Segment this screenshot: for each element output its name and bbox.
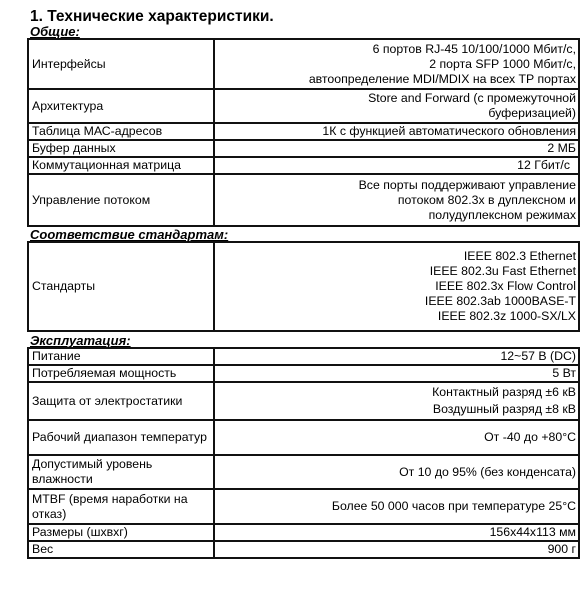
spec-value-line: От -40 до +80°С	[218, 430, 576, 445]
spec-value-line: потоком 802.3х в дуплексном и	[218, 193, 576, 208]
spec-value: 6 портов RJ-45 10/100/1000 Мбит/с, 2 пор…	[214, 39, 579, 89]
spec-key: Защита от электростатики	[28, 382, 214, 420]
spec-key: Питание	[28, 348, 214, 365]
spec-value-line: 12~57 В (DC)	[218, 349, 576, 364]
spec-value: 12 Гбит/с	[214, 157, 579, 174]
spec-value: 1К с функцией автоматического обновления	[214, 123, 579, 140]
table-row: Размеры (шхвхг) 156х44х113 мм	[28, 524, 579, 541]
spec-key: Интерфейсы	[28, 39, 214, 89]
table-row: Потребляемая мощность 5 Вт	[28, 365, 579, 382]
table-row: Управление потоком Все порты поддерживаю…	[28, 174, 579, 226]
spec-value: 156х44х113 мм	[214, 524, 579, 541]
table-row: Питание 12~57 В (DC)	[28, 348, 579, 365]
spec-value: Более 50 000 часов при температуре 25°С	[214, 489, 579, 524]
spec-value-line: От 10 до 95% (без конденсата)	[218, 465, 576, 480]
spec-document: 1. Технические характеристики. Общие: Ин…	[27, 8, 578, 559]
spec-value: 900 г	[214, 541, 579, 558]
spec-table-operation: Питание 12~57 В (DC) Потребляемая мощнос…	[27, 347, 580, 559]
spec-value-line: IEEE 802.3x Flow Control	[218, 279, 576, 294]
spec-value: 5 Вт	[214, 365, 579, 382]
spec-value-line: 156х44х113 мм	[218, 525, 576, 540]
spec-value-line: Контактный разряд ±6 кВ	[218, 384, 576, 401]
table-row: Коммутационная матрица 12 Гбит/с	[28, 157, 579, 174]
spec-value: 12~57 В (DC)	[214, 348, 579, 365]
spec-table-standards: Стандарты IEEE 802.3 Ethernet IEEE 802.3…	[27, 241, 580, 332]
spec-value-line: 2 МБ	[218, 141, 576, 156]
spec-value-line: IEEE 802.3 Ethernet	[218, 249, 576, 264]
spec-key: Размеры (шхвхг)	[28, 524, 214, 541]
spec-value-line: 6 портов RJ-45 10/100/1000 Мбит/с,	[218, 42, 576, 57]
table-row: Архитектура Store and Forward (с промежу…	[28, 89, 579, 123]
table-row: Стандарты IEEE 802.3 Ethernet IEEE 802.3…	[28, 242, 579, 331]
spec-value: IEEE 802.3 Ethernet IEEE 802.3u Fast Eth…	[214, 242, 579, 331]
spec-key: Коммутационная матрица	[28, 157, 214, 174]
section-title-operation: Эксплуатация:	[30, 334, 578, 347]
spec-value-line: Store and Forward (с промежуточной	[218, 91, 576, 106]
spec-value: Контактный разряд ±6 кВ Воздушный разряд…	[214, 382, 579, 420]
table-row: Таблица МАС-адресов 1К с функцией автома…	[28, 123, 579, 140]
spec-value-line: автоопределение MDI/MDIX на всех TP порт…	[218, 72, 576, 87]
spec-key: Допустимый уровень влажности	[28, 455, 214, 489]
table-row: Буфер данных 2 МБ	[28, 140, 579, 157]
spec-value-line: 2 порта SFP 1000 Мбит/с,	[218, 57, 576, 72]
spec-value-line: полудуплексном режимах	[218, 208, 576, 223]
spec-key: Управление потоком	[28, 174, 214, 226]
spec-key: Вес	[28, 541, 214, 558]
spec-key: Архитектура	[28, 89, 214, 123]
spec-key: Таблица МАС-адресов	[28, 123, 214, 140]
spec-value-line: Все порты поддерживают управление	[218, 178, 576, 193]
spec-value-line: 5 Вт	[218, 366, 576, 381]
spec-key: Стандарты	[28, 242, 214, 331]
spec-value: От 10 до 95% (без конденсата)	[214, 455, 579, 489]
spec-value-line: 12 Гбит/с	[218, 158, 570, 173]
document-title: 1. Технические характеристики.	[30, 8, 578, 25]
table-row: MTBF (время наработки на отказ) Более 50…	[28, 489, 579, 524]
table-row: Интерфейсы 6 портов RJ-45 10/100/1000 Мб…	[28, 39, 579, 89]
spec-value-line: 1К с функцией автоматического обновления	[218, 124, 576, 139]
spec-value: Store and Forward (с промежуточной буфер…	[214, 89, 579, 123]
table-row: Вес 900 г	[28, 541, 579, 558]
spec-value-line: 900 г	[218, 542, 576, 557]
spec-value-line: IEEE 802.3ab 1000BASE-T	[218, 294, 576, 309]
section-title-standards: Соответствие стандартам:	[30, 228, 578, 241]
table-row: Рабочий диапазон температур От -40 до +8…	[28, 420, 579, 455]
spec-key: Потребляемая мощность	[28, 365, 214, 382]
spec-value-line: буферизацией)	[218, 106, 576, 121]
spec-key: MTBF (время наработки на отказ)	[28, 489, 214, 524]
section-title-general: Общие:	[30, 25, 578, 38]
spec-value-line: IEEE 802.3u Fast Ethernet	[218, 264, 576, 279]
spec-value-line: IEEE 802.3z 1000-SX/LX	[218, 309, 576, 324]
spec-value-line: Более 50 000 часов при температуре 25°С	[218, 499, 576, 514]
table-row: Защита от электростатики Контактный разр…	[28, 382, 579, 420]
spec-value: Все порты поддерживают управление потоко…	[214, 174, 579, 226]
spec-value-line: Воздушный разряд ±8 кВ	[218, 401, 576, 418]
table-row: Допустимый уровень влажности От 10 до 95…	[28, 455, 579, 489]
spec-key: Буфер данных	[28, 140, 214, 157]
spec-value: От -40 до +80°С	[214, 420, 579, 455]
spec-table-general: Интерфейсы 6 портов RJ-45 10/100/1000 Мб…	[27, 38, 580, 227]
spec-key: Рабочий диапазон температур	[28, 420, 214, 455]
spec-value: 2 МБ	[214, 140, 579, 157]
